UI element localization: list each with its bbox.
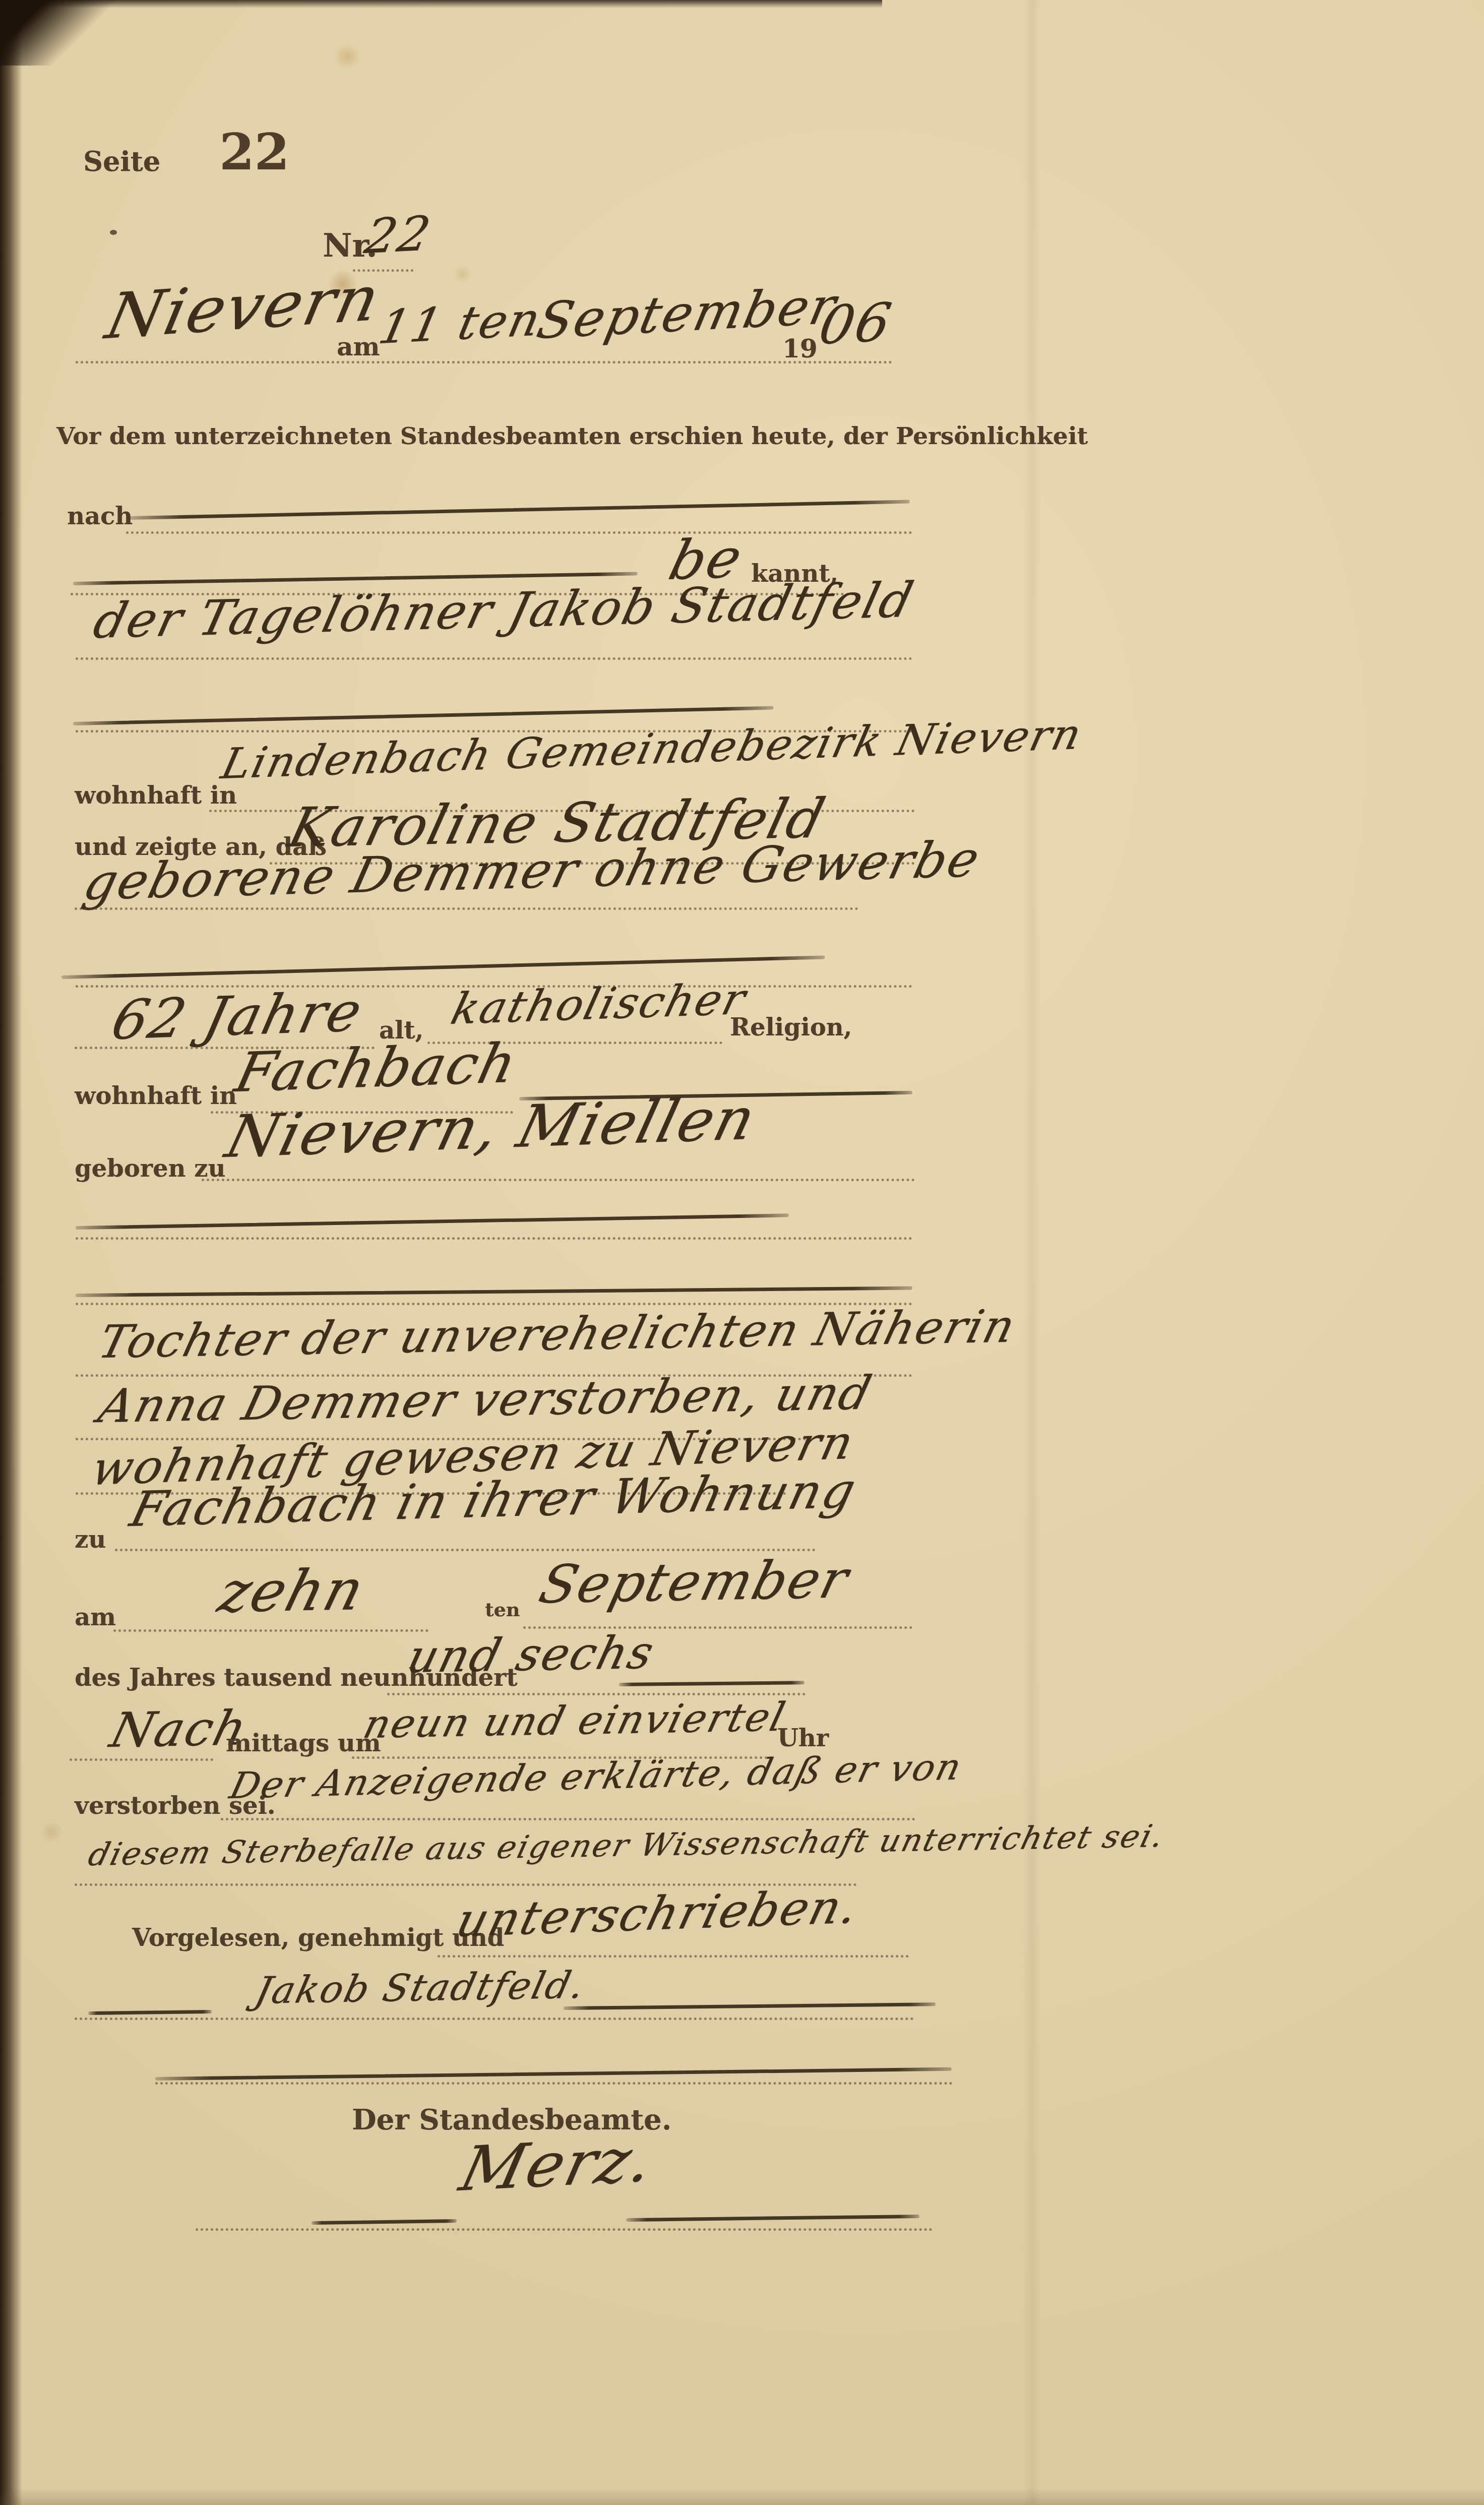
death-register-page: Seite 22 Nr. 22 Nievern am 11 ten Septem…: [0, 0, 1484, 2505]
dotted-baseline: [70, 1758, 213, 1761]
dateline-year-handwritten: 06: [814, 291, 897, 356]
closing-label: Vorgelesen, genehmigt und: [132, 1924, 504, 1952]
dotted-baseline: [75, 907, 858, 910]
pen-strike: [73, 706, 774, 725]
deceased-residence-value: Fachbach: [229, 1032, 524, 1105]
death-place-label: zu: [75, 1525, 106, 1554]
declarant-residence-label: wohnhaft in: [75, 781, 237, 810]
page-label: Seite: [83, 145, 160, 177]
registrar-signature: Merz.: [454, 2124, 661, 2205]
daytime-label: mittags um: [226, 1729, 381, 1757]
dateline-day: 11 ten: [374, 292, 546, 354]
pen-strike: [129, 500, 910, 520]
death-day-value: zehn: [212, 1557, 372, 1625]
dateline-year-printed: 19: [782, 334, 818, 363]
pen-strike: [626, 2215, 919, 2222]
page-bottom-edge: [0, 2488, 1484, 2505]
pen-strike: [155, 2067, 952, 2081]
paper-stain: [333, 44, 362, 69]
dotted-baseline: [221, 1818, 915, 1820]
pen-strike: [76, 1213, 789, 1230]
dotted-baseline: [76, 361, 892, 363]
ordinal-label: ten: [485, 1598, 520, 1621]
parentage-line-1: Tochter der unverehelichten Näherin: [93, 1300, 1022, 1369]
dotted-baseline: [76, 657, 912, 660]
death-date-label: am: [75, 1603, 116, 1631]
religion-label: Religion,: [730, 1013, 852, 1042]
time-unit-label: Uhr: [777, 1724, 829, 1752]
death-time-value: neun und einviertel: [359, 1695, 790, 1747]
nach-label: nach: [67, 502, 133, 530]
dotted-baseline: [438, 1955, 909, 1958]
page-top-edge: [0, 0, 882, 8]
deceased-residence-label: wohnhaft in: [75, 1082, 237, 1110]
dotted-baseline: [113, 1629, 428, 1632]
page-corner-shadow: [0, 0, 116, 66]
paper-stain: [451, 265, 473, 284]
declarant-signature: Jakob Stadtfeld.: [251, 1964, 590, 2012]
page-left-edge: [0, 0, 22, 2505]
pen-strike: [564, 2002, 936, 2010]
dotted-baseline: [76, 1237, 912, 1240]
dotted-baseline: [155, 2082, 953, 2085]
record-number-value: 22: [360, 206, 436, 265]
intro-line: Vor dem unterzeichneten Standesbeamten e…: [56, 422, 1088, 450]
pen-strike: [88, 2010, 212, 2015]
dotted-baseline: [196, 2228, 933, 2231]
pen-strike: [619, 1681, 805, 1686]
paper-stain: [39, 1821, 64, 1843]
ink-dot: [110, 230, 117, 235]
death-month-value: September: [533, 1548, 855, 1615]
page-number: 22: [219, 122, 289, 181]
closing-hand: unterschrieben.: [451, 1880, 865, 1947]
dotted-baseline: [75, 2018, 914, 2020]
dateline-am-label: am: [337, 332, 380, 361]
deceased-religion: katholischer: [446, 974, 752, 1034]
death-year-value: und sechs: [402, 1626, 660, 1683]
pen-strike: [76, 1287, 912, 1297]
dotted-baseline: [126, 531, 912, 534]
paper-fold: [1023, 0, 1040, 2505]
declarant-name-line: der Tagelöhner Jakob Stadtfeld: [88, 572, 920, 649]
pen-strike: [312, 2219, 457, 2225]
declarant-residence-value: Lindenbach Gemeindebezirk Nievern: [217, 709, 1087, 788]
knowledge-line-2: diesem Sterbefalle aus eigener Wissensch…: [85, 1817, 1169, 1873]
dotted-baseline: [202, 1179, 915, 1181]
